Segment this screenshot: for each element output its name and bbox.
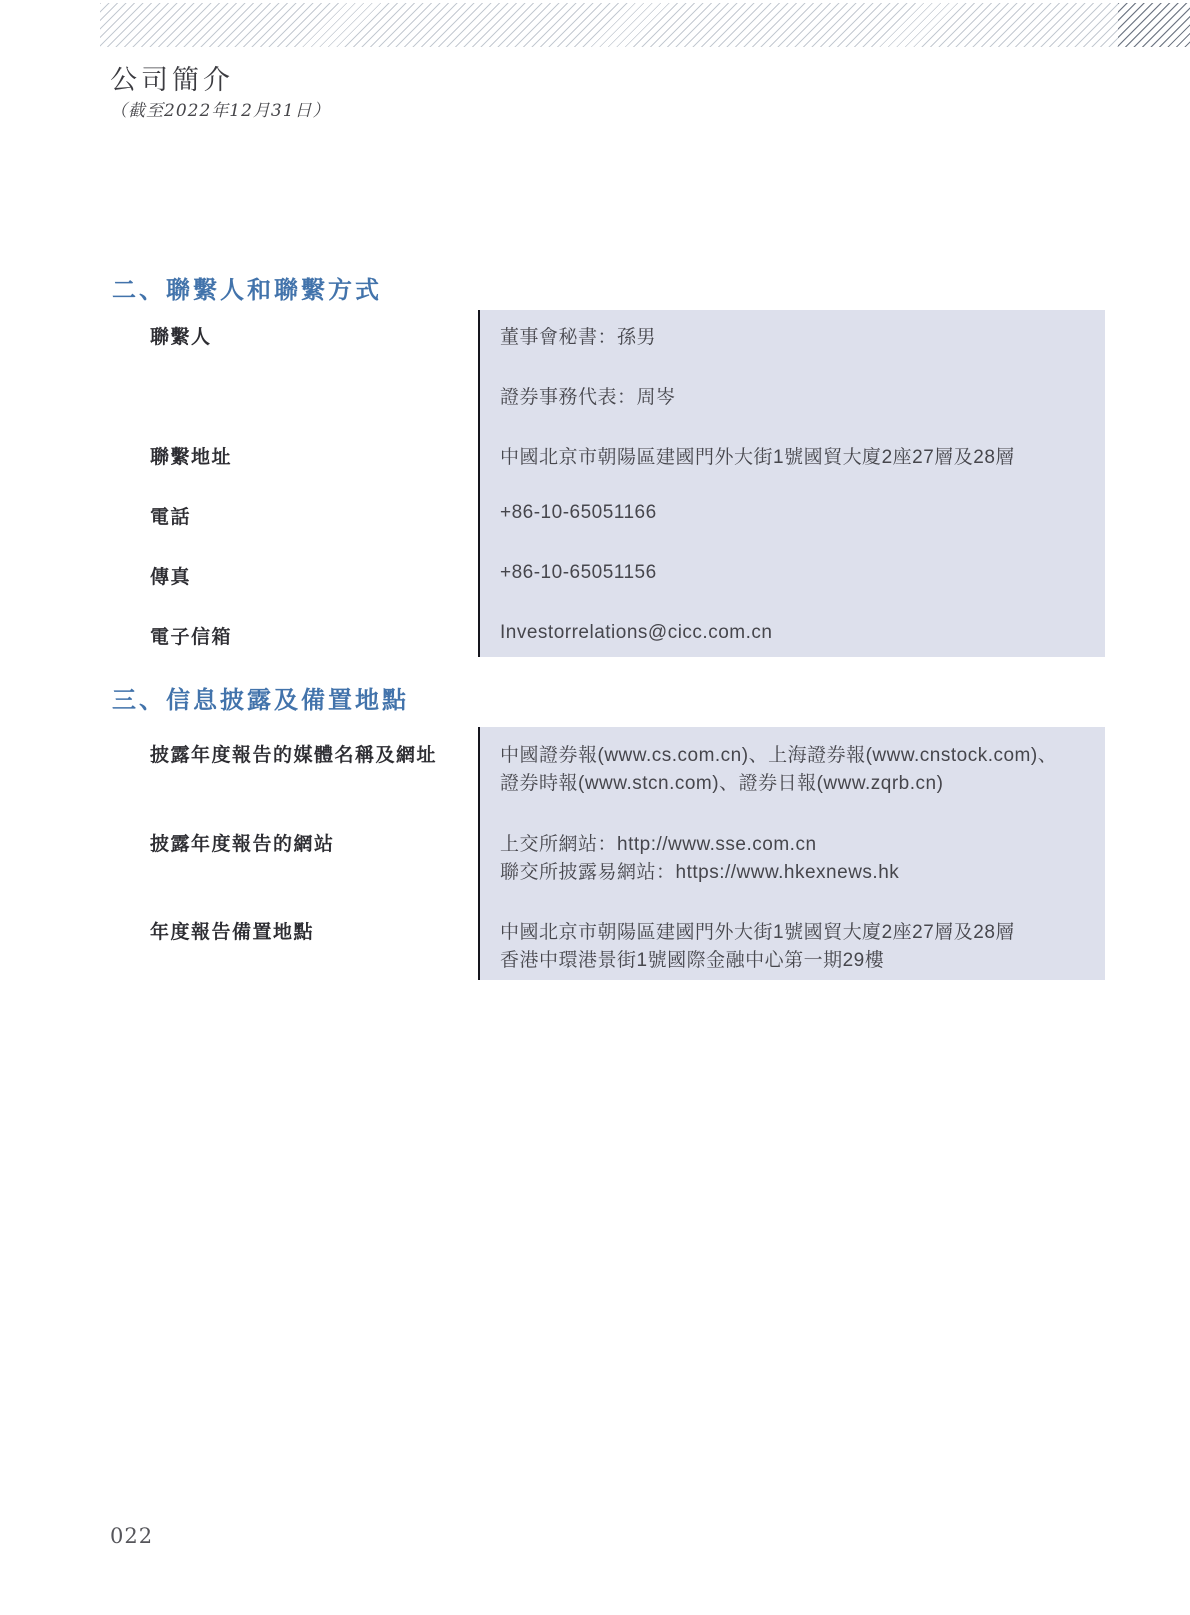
value-fax: +86-10-65051156 [500, 562, 657, 584]
section-heading-disclosure: 三、信息披露及備置地點 [112, 680, 409, 715]
section-heading-contacts: 二、聯繫人和聯繫方式 [112, 270, 382, 305]
row-label-media-names: 披露年度報告的媒體名稱及網址 [150, 740, 437, 767]
value-media-line-2: 證券時報(www.stcn.com)、證券日報(www.zqrb.cn) [500, 768, 943, 795]
page-subtitle: （截至2022年12月31日） [110, 96, 331, 121]
value-hkex-website: 聯交所披露易網站：https://www.hkexnews.hk [500, 857, 899, 884]
row-label-contact-address: 聯繫地址 [150, 442, 232, 469]
row-label-contact-person: 聯繫人 [150, 322, 212, 349]
value-location-beijing: 中國北京市朝陽區建國門外大街1號國貿大廈2座27層及28層 [500, 917, 1015, 944]
value-board-secretary: 董事會秘書：孫男 [500, 322, 656, 349]
contacts-value-panel: 董事會秘書：孫男 證券事務代表：周岑 中國北京市朝陽區建國門外大街1號國貿大廈2… [478, 310, 1105, 657]
value-location-hongkong: 香港中環港景街1號國際金融中心第一期29樓 [500, 945, 884, 972]
row-label-report-locations: 年度報告備置地點 [150, 917, 314, 944]
value-email: Investorrelations@cicc.com.cn [500, 622, 772, 644]
value-media-line-1: 中國證券報(www.cs.com.cn)、上海證券報(www.cnstock.c… [500, 740, 1057, 767]
page-title: 公司簡介 [110, 58, 234, 97]
decorative-hatch-band-dark [1118, 3, 1190, 47]
row-label-fax: 傳真 [150, 562, 191, 589]
row-label-telephone: 電話 [150, 502, 191, 529]
row-label-disclosure-websites: 披露年度報告的網站 [150, 829, 335, 856]
value-securities-representative: 證券事務代表：周岑 [500, 382, 676, 409]
value-telephone: +86-10-65051166 [500, 502, 657, 524]
decorative-hatch-band [100, 3, 1190, 47]
disclosure-value-panel: 中國證券報(www.cs.com.cn)、上海證券報(www.cnstock.c… [478, 727, 1105, 980]
value-contact-address: 中國北京市朝陽區建國門外大街1號國貿大廈2座27層及28層 [500, 442, 1015, 469]
page-number: 022 [110, 1524, 153, 1548]
value-sse-website: 上交所網站：http://www.sse.com.cn [500, 829, 817, 856]
row-label-email: 電子信箱 [150, 622, 232, 649]
